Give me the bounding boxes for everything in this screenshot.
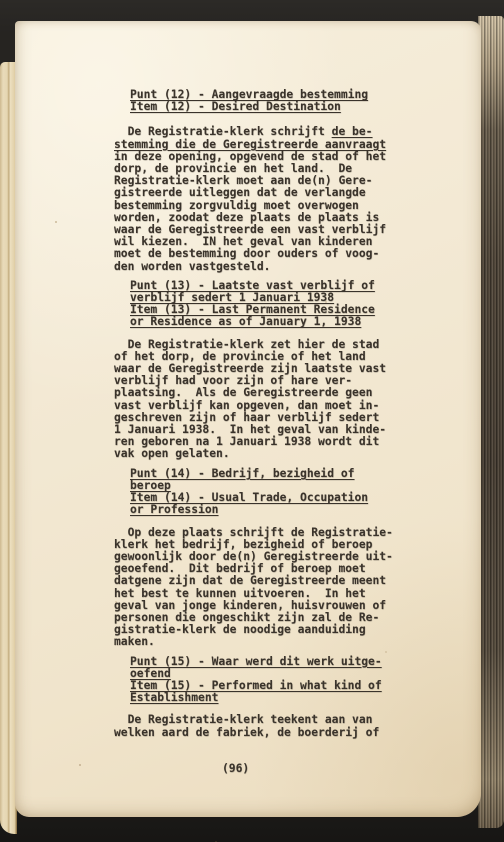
body-line: vak open gelaten. (114, 448, 414, 460)
heading-line: Item (12) - Desired Destination (114, 101, 414, 113)
section-body: De Registratie-klerk schrijft de be-stem… (114, 126, 414, 272)
section-heading: Punt (15) - Waar werd dit werk uitge-oef… (114, 656, 414, 705)
section-heading: Punt (14) - Bedrijf, bezigheid ofberoepI… (114, 468, 414, 517)
section: Punt (13) - Laatste vast verblijf ofverb… (114, 280, 414, 461)
right-page-edges (478, 16, 504, 828)
section: Punt (15) - Waar werd dit werk uitge-oef… (114, 656, 414, 739)
body-line: den worden vastgesteld. (114, 261, 414, 273)
body-line: welken aard de fabriek, de boerderij of (114, 727, 414, 739)
body-line: maken. (114, 636, 414, 648)
heading-line: Establishment (114, 692, 414, 704)
section: Punt (14) - Bedrijf, bezigheid ofberoepI… (114, 468, 414, 649)
section-body: De Registratie-klerk zet hier de stadof … (114, 339, 414, 461)
text-flow: Punt (12) - Aangevraagde bestemmingItem … (114, 89, 414, 775)
section-heading: Punt (12) - Aangevraagde bestemmingItem … (114, 89, 414, 113)
section-body: Op deze plaats schrijft de Registratie-k… (114, 527, 414, 649)
scanned-book-photo: Punt (12) - Aangevraagde bestemmingItem … (0, 0, 504, 842)
heading-line: or Profession (114, 504, 414, 516)
section: Punt (12) - Aangevraagde bestemmingItem … (114, 89, 414, 273)
section-body: De Registratie-klerk teekent aan vanwelk… (114, 714, 414, 738)
body-line: gistratie-klerk de noodige aanduiding (114, 624, 414, 636)
heading-line: or Residence as of January 1, 1938 (114, 316, 414, 328)
page-number: (96) (114, 763, 414, 775)
section-heading: Punt (13) - Laatste vast verblijf ofverb… (114, 280, 414, 329)
book-page: Punt (12) - Aangevraagde bestemmingItem … (15, 21, 481, 817)
